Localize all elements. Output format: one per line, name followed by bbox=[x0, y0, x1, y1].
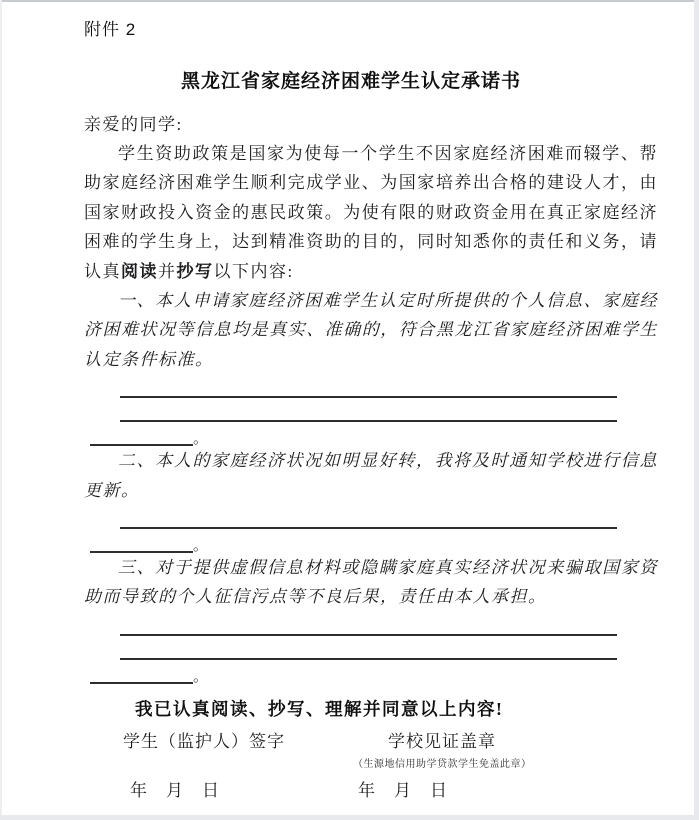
intro-lead: 学生资助政策是国家为使每一个学生不因家庭经济困难而辍学、帮助家庭经济困难学生顺利… bbox=[84, 144, 658, 281]
document-page: 附件 2 黑龙江省家庭经济困难学生认定承诺书 亲爱的同学: 学生资助政策是国家为… bbox=[0, 0, 699, 820]
intro-bold-copy: 抄写 bbox=[177, 262, 214, 281]
blank-write-line-short bbox=[90, 660, 193, 684]
blank-write-line-short bbox=[90, 529, 193, 553]
intro-tail: 以下内容: bbox=[214, 262, 294, 281]
signature-section: 我已认真阅读、抄写、理解并同意以上内容! 学生（监护人）签字 学校见证盖章 （生… bbox=[84, 684, 658, 814]
copy-lines-group-3: 。 bbox=[84, 612, 658, 684]
blank-write-line bbox=[120, 505, 617, 529]
attachment-label: 附件 2 bbox=[84, 18, 658, 42]
line-end-period: 。 bbox=[193, 432, 208, 446]
seal-exemption-note: （生源地信用助学贷款学生免盖此章） bbox=[353, 755, 532, 770]
salutation: 亲爱的同学: bbox=[84, 110, 658, 139]
blank-write-line bbox=[120, 374, 617, 398]
blank-write-line-short bbox=[90, 422, 193, 446]
intro-conjunction: 并 bbox=[158, 262, 177, 281]
blank-write-line bbox=[120, 398, 617, 422]
blank-write-line bbox=[120, 636, 617, 660]
pledge-item-3: 三、对于提供虚假信息材料或隐瞒家庭真实经济状况来骗取国家资助而导致的个人征信污点… bbox=[84, 553, 658, 612]
school-seal-label: 学校见证盖章 bbox=[388, 727, 496, 752]
blank-write-line-short-row: 。 bbox=[84, 529, 658, 553]
intro-paragraph: 学生资助政策是国家为使每一个学生不因家庭经济困难而辍学、帮助家庭经济困难学生顺利… bbox=[84, 139, 658, 286]
blank-write-line bbox=[120, 612, 617, 636]
student-date-field: 年 月 日 bbox=[130, 776, 220, 801]
pledge-item-2: 二、本人的家庭经济状况如明显好转，我将及时通知学校进行信息更新。 bbox=[84, 446, 658, 505]
document-title: 黑龙江省家庭经济困难学生认定承诺书 bbox=[84, 68, 618, 96]
intro-bold-read: 阅读 bbox=[121, 262, 158, 281]
school-date-field: 年 月 日 bbox=[358, 776, 448, 801]
confirmation-statement: 我已认真阅读、抄写、理解并同意以上内容! bbox=[135, 696, 503, 721]
student-signature-label: 学生（监护人）签字 bbox=[123, 727, 285, 752]
line-end-period: 。 bbox=[193, 539, 208, 553]
copy-lines-group-2: 。 bbox=[84, 505, 658, 553]
blank-write-line-short-row: 。 bbox=[84, 660, 658, 684]
pledge-item-1: 一、本人申请家庭经济困难学生认定时所提供的个人信息、家庭经济困难状况等信息均是真… bbox=[84, 286, 658, 374]
blank-write-line-short-row: 。 bbox=[84, 422, 658, 446]
copy-lines-group-1: 。 bbox=[84, 374, 658, 446]
line-end-period: 。 bbox=[193, 670, 208, 684]
